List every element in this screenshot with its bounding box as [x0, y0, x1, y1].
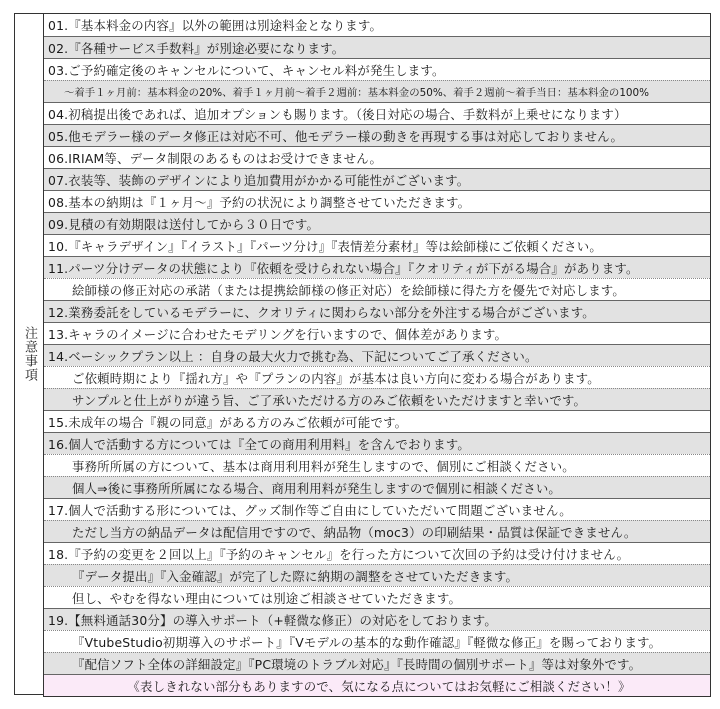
notice-subrow: 但し、やむを得ない理由については別途ご相談させていただきます。 — [44, 586, 710, 608]
notice-row: 09.見積の有効期限は送付してから３０日です。 — [44, 212, 710, 234]
notice-row: 15.未成年の場合『親の同意』がある方のみご依頼が可能です。 — [44, 410, 710, 432]
notice-row: 19.【無料通話30分】の導入サポート（+軽微な修正）の対応をしております。 — [44, 608, 710, 630]
notice-row: 07.衣装等、装飾のデザインにより追加費用がかかる可能性がございます。 — [44, 168, 710, 190]
notice-row: 06.IRIAM等、データ制限のあるものはお受けできません。 — [44, 146, 710, 168]
notice-row: 11.パーツ分けデータの状態により『依頼を受けられない場合』『クオリティが下がる… — [44, 256, 710, 278]
notice-subrow: 事務所所属の方について、基本は商用利用料が発生しますので、個別にご相談ください。 — [44, 454, 710, 476]
notice-row: 18.『予約の変更を２回以上』『予約のキャンセル』を行った方について次回の予約は… — [44, 542, 710, 564]
notice-row: 01.『基本料金の内容』以外の範囲は別途料金となります。 — [44, 14, 710, 36]
notice-row: 13.キャラのイメージに合わせたモデリングを行いますので、個体差があります。 — [44, 322, 710, 344]
notice-row: 08.基本の納期は『１ヶ月～』予約の状況により調整させていただきます。 — [44, 190, 710, 212]
closing-note-row: 《表しきれない部分もありますので、気になる点についてはお気軽にご相談ください！》 — [44, 674, 710, 696]
notice-subrow: 『配信ソフト全体の詳細設定』『PC環境のトラブル対応』『長時間の個別サポート』等… — [44, 652, 710, 674]
notice-subrow: ただし当方の納品データは配信用ですので、納品物（moc3）の印刷結果・品質は保証… — [44, 520, 710, 542]
notice-row: 12.業務委託をしているモデラーに、クオリティに関わらない部分を外注する場合がご… — [44, 300, 710, 322]
notice-row: 03.ご予約確定後のキャンセルについて、キャンセル料が発生します。 — [44, 58, 710, 80]
section-label-cell: 注意事項 — [14, 13, 44, 695]
notice-subrow: 『データ提出』『入金確認』が完了した際に納期の調整をさせていただきます。 — [44, 564, 710, 586]
notice-row: 02.『各種サービス手数料』が別途必要になります。 — [44, 36, 710, 58]
notice-subrow: ご依頼時期により『揺れ方』や『プランの内容』が基本は良い方向に変わる場合がありま… — [44, 366, 710, 388]
notice-list: 01.『基本料金の内容』以外の範囲は別途料金となります。02.『各種サービス手数… — [43, 13, 711, 697]
notice-row: 16.個人で活動する方については『全ての商用利用料』を含んでおります。 — [44, 432, 710, 454]
notice-subrow: 絵師様の修正対応の承諾（または提携絵師様の修正対応）を絵師様に得た方を優先で対応… — [44, 278, 710, 300]
notice-row: 04.初稿提出後であれば、追加オプションも賜ります。（後日対応の場合、手数料が上… — [44, 102, 710, 124]
section-label: 注意事項 — [22, 326, 36, 382]
notice-subrow: 個人⇒後に事務所所属になる場合、商用利用料が発生しますので個別に相談ください。 — [44, 476, 710, 498]
notice-row: 17.個人で活動する形については、グッズ制作等ご自由にしていただいて問題ございま… — [44, 498, 710, 520]
notice-subrow: 『VtubeStudio初期導入のサポート』『Vモデルの基本的な動作確認』『軽微… — [44, 630, 710, 652]
notice-subrow: サンプルと仕上がりが違う旨、ご了承いただける方のみご依頼をいただけますと幸いです… — [44, 388, 710, 410]
notice-row: 05.他モデラー様のデータ修正は対応不可、他モデラー様の動きを再現する事は対応し… — [44, 124, 710, 146]
notice-row: 10.『キャラデザイン』『イラスト』『パーツ分け』『表情差分素材』等は絵師様にご… — [44, 234, 710, 256]
notice-row: 14.ベーシックプラン以上 ：自身の最大火力で挑む為、下記についてご了承ください… — [44, 344, 710, 366]
notice-subrow: ～着手１ヶ月前：基本料金の20%、着手１ヶ月前～着手２週前：基本料金の50%、着… — [44, 80, 710, 102]
